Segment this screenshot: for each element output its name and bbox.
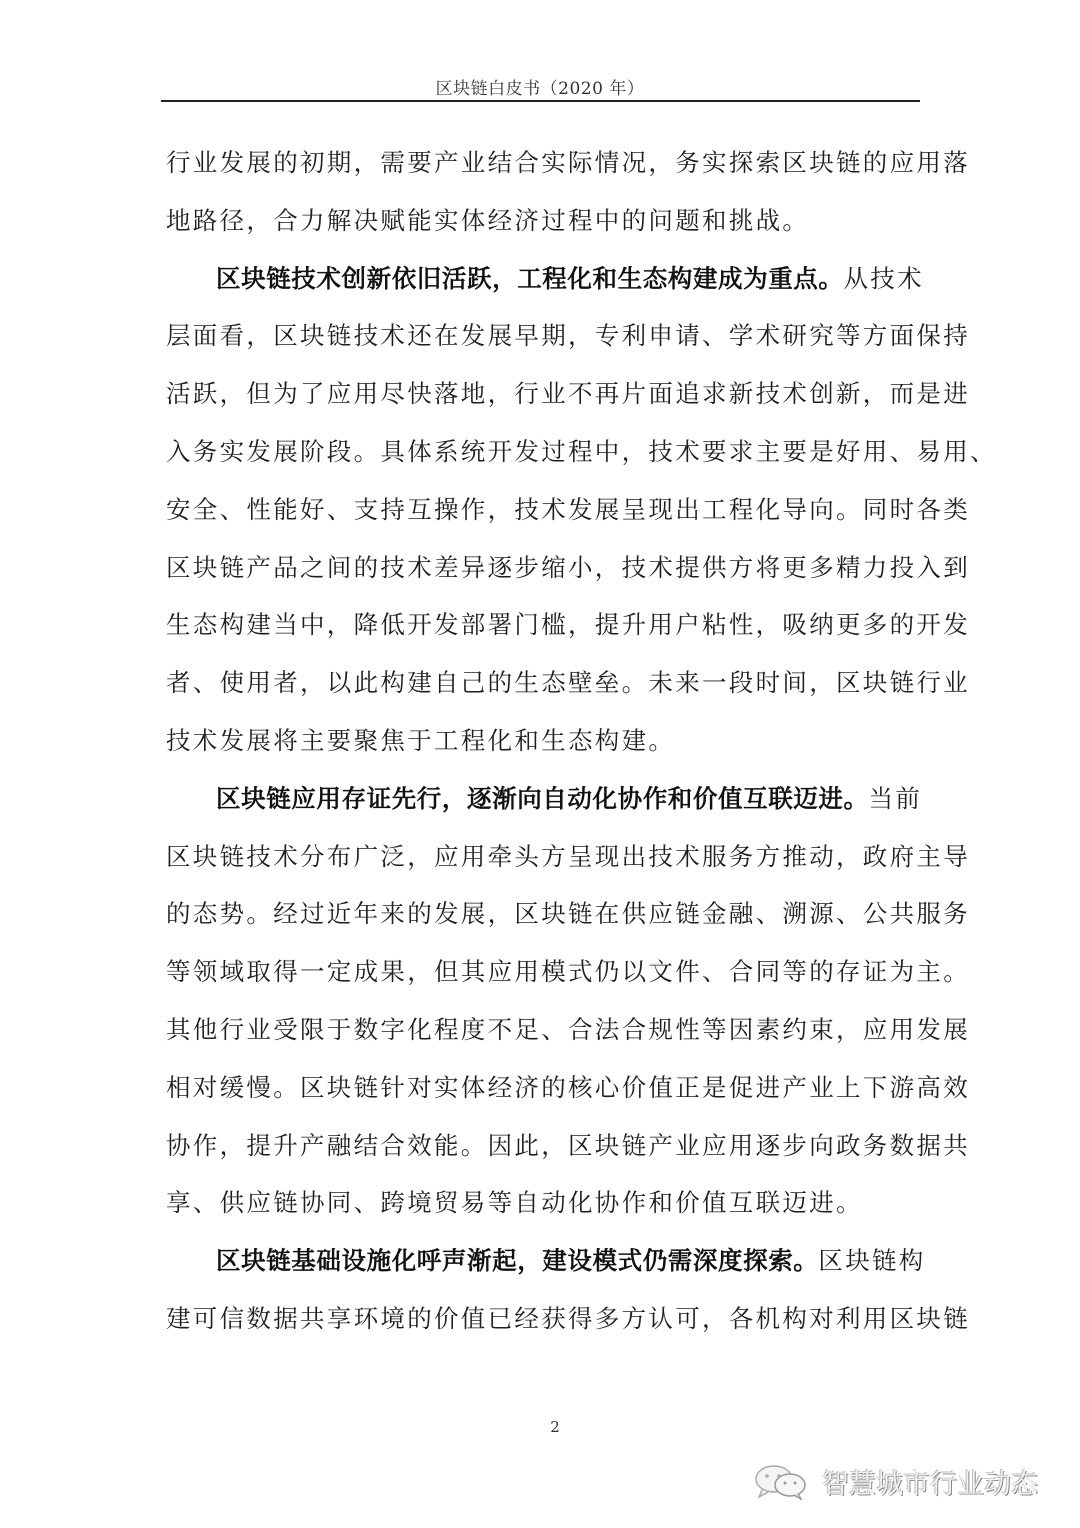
line-text: 当前	[869, 784, 923, 813]
text-line: 入务实发展阶段。具体系统开发过程中，技术要求主要是好用、易用、	[166, 423, 916, 481]
bold-lead: 区块链技术创新依旧活跃，工程化和生态构建成为重点。	[216, 264, 844, 293]
running-header-title: 区块链白皮书（2020 年）	[160, 74, 920, 99]
text-line: 相对缓慢。区块链针对实体经济的核心价值正是促进产业上下游高效	[166, 1059, 916, 1117]
paragraph-heading-line: 区块链基础设施化呼声渐起，建设模式仍需深度探索。区块链构	[166, 1232, 916, 1290]
text-line: 协作，提升产融结合效能。因此，区块链产业应用逐步向政务数据共	[166, 1117, 916, 1175]
text-line: 区块链技术分布广泛，应用牵头方呈现出技术服务方推动，政府主导	[166, 828, 916, 886]
bold-lead: 区块链基础设施化呼声渐起，建设模式仍需深度探索。	[216, 1246, 818, 1275]
line-text: 者、使用者，以此构建自己的生态壁垒。未来一段时间，区块链行业	[166, 668, 970, 697]
line-text: 地路径，合力解决赋能实体经济过程中的问题和挑战。	[166, 206, 809, 235]
text-line: 等领域取得一定成果，但其应用模式仍以文件、合同等的存证为主。	[166, 943, 916, 1001]
line-text: 活跃，但为了应用尽快落地，行业不再片面追求新技术创新，而是进	[166, 379, 970, 408]
line-text: 层面看，区块链技术还在发展早期，专利申请、学术研究等方面保持	[166, 321, 970, 350]
line-text: 等领域取得一定成果，但其应用模式仍以文件、合同等的存证为主。	[166, 957, 970, 986]
text-line: 者、使用者，以此构建自己的生态壁垒。未来一段时间，区块链行业	[166, 654, 916, 712]
document-body: 行业发展的初期，需要产业结合实际情况，务实探索区块链的应用落 地路径，合力解决赋…	[166, 134, 916, 1348]
bold-lead: 区块链应用存证先行，逐渐向自动化协作和价值互联迈进。	[216, 784, 869, 813]
text-line: 地路径，合力解决赋能实体经济过程中的问题和挑战。	[166, 192, 916, 250]
page-number: 2	[540, 1418, 570, 1436]
paragraph-heading-line: 区块链技术创新依旧活跃，工程化和生态构建成为重点。从技术	[166, 250, 916, 308]
line-text: 技术发展将主要聚焦于工程化和生态构建。	[166, 726, 675, 755]
line-text: 区块链产品之间的技术差异逐步缩小，技术提供方将更多精力投入到	[166, 553, 970, 582]
text-line: 行业发展的初期，需要产业结合实际情况，务实探索区块链的应用落	[166, 134, 916, 192]
line-text: 从技术	[844, 264, 924, 293]
text-line: 层面看，区块链技术还在发展早期，专利申请、学术研究等方面保持	[166, 307, 916, 365]
watermark-text: 智慧城市行业动态	[822, 1462, 1038, 1501]
line-text: 入务实发展阶段。具体系统开发过程中，技术要求主要是好用、易用、	[166, 437, 997, 466]
line-text: 其他行业受限于数字化程度不足、合法合规性等因素约束，应用发展	[166, 1015, 970, 1044]
line-text: 生态构建当中，降低开发部署门槛，提升用户粘性，吸纳更多的开发	[166, 610, 970, 639]
line-text: 安全、性能好、支持互操作，技术发展呈现出工程化导向。同时各类	[166, 495, 970, 524]
text-line: 生态构建当中，降低开发部署门槛，提升用户粘性，吸纳更多的开发	[166, 596, 916, 654]
line-text: 协作，提升产融结合效能。因此，区块链产业应用逐步向政务数据共	[166, 1131, 970, 1160]
line-text: 相对缓慢。区块链针对实体经济的核心价值正是促进产业上下游高效	[166, 1073, 970, 1102]
paragraph-heading-line: 区块链应用存证先行，逐渐向自动化协作和价值互联迈进。当前	[166, 770, 916, 828]
text-line: 其他行业受限于数字化程度不足、合法合规性等因素约束，应用发展	[166, 1001, 916, 1059]
text-line: 活跃，但为了应用尽快落地，行业不再片面追求新技术创新，而是进	[166, 365, 916, 423]
text-line: 安全、性能好、支持互操作，技术发展呈现出工程化导向。同时各类	[166, 481, 916, 539]
wechat-icon	[752, 1464, 814, 1500]
line-text: 区块链构	[818, 1246, 925, 1275]
header-divider	[161, 100, 920, 102]
text-line: 区块链产品之间的技术差异逐步缩小，技术提供方将更多精力投入到	[166, 539, 916, 597]
text-line: 建可信数据共享环境的价值已经获得多方认可，各机构对利用区块链	[166, 1290, 916, 1348]
text-line: 的态势。经过近年来的发展，区块链在供应链金融、溯源、公共服务	[166, 885, 916, 943]
line-text: 的态势。经过近年来的发展，区块链在供应链金融、溯源、公共服务	[166, 899, 970, 928]
line-text: 行业发展的初期，需要产业结合实际情况，务实探索区块链的应用落	[166, 148, 970, 177]
text-line: 技术发展将主要聚焦于工程化和生态构建。	[166, 712, 916, 770]
line-text: 享、供应链协同、跨境贸易等自动化协作和价值互联迈进。	[166, 1188, 863, 1217]
line-text: 区块链技术分布广泛，应用牵头方呈现出技术服务方推动，政府主导	[166, 842, 970, 871]
text-line: 享、供应链协同、跨境贸易等自动化协作和价值互联迈进。	[166, 1174, 916, 1232]
line-text: 建可信数据共享环境的价值已经获得多方认可，各机构对利用区块链	[166, 1304, 970, 1333]
watermark: 智慧城市行业动态	[752, 1462, 1038, 1501]
